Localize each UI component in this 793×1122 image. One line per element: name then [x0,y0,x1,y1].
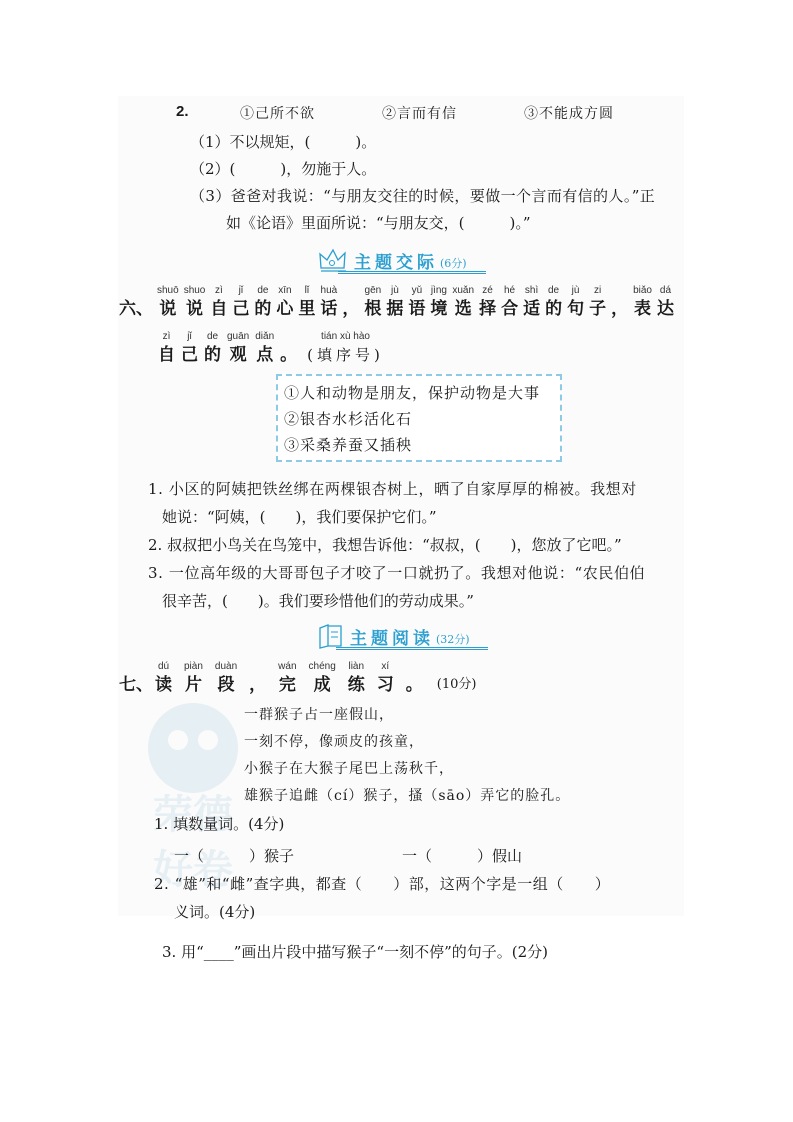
pinyin: piàn [184,660,203,674]
passage-line-4: 雄猴子追雌（cí）猴子，搔（sāo）弄它的脸孔。 [244,783,570,810]
hanzi: 自 [158,344,175,366]
section-number: 六、 [119,298,153,320]
option-2: ②言而有信 [382,103,457,123]
pinyin: xuǎn [452,284,474,298]
pinyin: jǐ [239,284,243,298]
s7-q1-blank-b: 一（ ）假山 [402,846,522,866]
option-box-3: ③采桑养蚕又插秧 [284,432,554,458]
s7-q2: 2. “雄”和“雌”查字典，都查（ ）部，这两个字是一组（ ） [154,874,610,894]
pinyin-char: duàn段 [215,660,237,696]
hanzi: 的 [254,298,271,320]
section-banner-reading: 主题阅读 (32分) [316,620,488,650]
pinyin: shì [525,284,538,298]
pinyin-char: gēn根 [364,284,381,320]
pinyin: guān [227,330,249,344]
pinyin-char: zi子 [589,284,606,320]
pinyin-char: lǐ里 [298,284,315,320]
hanzi: 段 [218,674,235,696]
pinyin: xí [381,660,389,674]
hanzi: 点 [256,344,273,366]
option-box-2: ②银杏水杉活化石 [284,406,554,432]
hanzi: 。 [406,674,423,696]
pinyin: zi [594,284,601,298]
pinyin-char: liàn练 [348,660,365,696]
pinyin: gēn [365,284,382,298]
section-banner-communication: 主题交际 (6分) [318,244,486,274]
pinyin: chéng [309,660,336,674]
options-box: ①人和动物是朋友，保护动物是大事 ②银杏水杉活化石 ③采桑养蚕又插秧 [276,374,562,462]
hanzi: ， [342,298,359,320]
pinyin-char: jǐ己 [232,284,249,320]
pinyin-char: 。 [280,330,297,366]
hanzi: 据 [386,298,403,320]
pinyin: shuō [157,284,179,298]
s6-question-3-cont: 很辛苦，( )。我们要珍惜他们的劳动成果。” [162,591,474,611]
hanzi: 的 [545,298,562,320]
s7-q3: 3. 用“____”画出片段中描写猴子“一刻不停”的句子。(2分) [162,942,548,962]
banner-underline [336,647,488,650]
pinyin-char: jù句 [567,284,584,320]
q2-item-1: （1）不以规矩，( )。 [190,132,376,152]
hanzi: ， [611,298,628,320]
option-3: ③不能成方圆 [524,103,614,123]
pinyin-char: xí习 [377,660,394,696]
hanzi: 观 [230,344,247,366]
pinyin: xīn [278,284,291,298]
pinyin: huà [321,284,338,298]
pinyin-char: biǎo表 [633,284,652,320]
pinyin: de [207,330,218,344]
s7-q1-blank-a: 一（ ）猴子 [174,846,294,866]
hanzi: 境 [430,298,447,320]
hanzi: 选 [455,298,472,320]
pinyin-char: jìng境 [430,284,447,320]
section-6-heading-line1: 六、 shuō说shuo说zì自jǐ己de的xīn心lǐ里huà话，gēn根jù… [119,284,679,320]
pinyin: jù [391,284,399,298]
pinyin-char: shuō说 [157,284,179,320]
s7-q1-label: 1. 填数量词。(4分) [154,814,284,834]
hanzi: 自 [210,298,227,320]
pinyin-char: zì自 [158,330,175,366]
q2-item-3: （3）爸爸对我说：“与朋友交往的时候，要做一个言而有信的人。”正 [190,186,655,206]
q2-item-2: （2）( )，勿施于人。 [190,159,376,179]
pinyin-char: shì适 [523,284,540,320]
pinyin-char: xuǎn选 [452,284,474,320]
pinyin-char: jǐ己 [181,330,198,366]
pinyin: zì [163,330,171,344]
pinyin: yǔ [412,284,423,298]
hanzi: 话 [320,298,337,320]
pinyin: de [257,284,268,298]
pinyin-char: ， [342,284,359,320]
section-6-heading-line2: zì自jǐ己de的guān观diǎn点。 tián xù hào (填序号) [158,330,384,366]
hanzi: 己 [181,344,198,366]
section-7-heading: 七、 dú读piàn片duàn段，wán完chéng成liàn练xí习。 (10… [119,660,476,696]
pinyin: duàn [215,660,237,674]
pinyin: biǎo [633,284,652,298]
s6-question-3: 3. 一位高年级的大哥哥包子才咬了一口就扔了。我想对他说：“农民伯伯 [148,563,645,583]
s6-question-1: 1. 小区的阿姨把铁丝绑在两棵银杏树上，晒了自家厚厚的棉被。我想对 [148,479,637,499]
pinyin: wán [278,660,296,674]
hanzi: 成 [314,674,331,696]
pinyin: dá [660,284,671,298]
pinyin-char: xīn心 [276,284,293,320]
pinyin: dú [158,660,169,674]
pinyin-char: wán完 [278,660,296,696]
passage-line-1: 一群猴子占一座假山， [244,702,394,729]
pinyin: diǎn [255,330,274,344]
pinyin-char: chéng成 [309,660,336,696]
section-score: (10分) [437,674,477,696]
pinyin-char: shuo说 [184,284,206,320]
pinyin-char: yǔ语 [408,284,425,320]
hanzi: 片 [185,674,202,696]
pinyin: shuo [184,284,206,298]
hanzi: 择 [479,298,496,320]
question-number: 2. [176,103,189,120]
s6-question-1-cont: 她说：“阿姨，( )，我们要保护它们。” [162,507,437,527]
pinyin-char: 。 [406,660,423,696]
pinyin: de [548,284,559,298]
hanzi: 完 [279,674,296,696]
pinyin-char: zé择 [479,284,496,320]
hanzi: 句 [567,298,584,320]
hanzi: 合 [501,298,518,320]
hanzi: 。 [280,344,297,366]
passage-line-3: 小猴子在大猴子尾巴上荡秋千， [244,756,454,783]
hanzi: 根 [364,298,381,320]
hanzi: 的 [204,344,221,366]
q2-item-3-cont: 如《论语》里面所说：“与朋友交，( )。” [226,213,531,233]
hanzi: 心 [276,298,293,320]
hanzi: 说 [186,298,203,320]
hanzi: 语 [408,298,425,320]
option-box-1: ①人和动物是朋友，保护动物是大事 [284,380,554,406]
hanzi: 适 [523,298,540,320]
pinyin: zì [215,284,223,298]
pinyin-char: dú读 [155,660,172,696]
hanzi: 己 [232,298,249,320]
pinyin-char: de的 [204,330,221,366]
hanzi: 达 [657,298,674,320]
s7-q2-cont: 义词。(4分) [174,902,255,922]
banner-underline [338,271,486,274]
open-book-icon [316,622,346,650]
pinyin: zé [482,284,493,298]
hanzi: 练 [348,674,365,696]
pinyin-char: jù据 [386,284,403,320]
section-number: 七、 [119,674,153,696]
pinyin-char: diǎn点 [255,330,274,366]
pinyin: lǐ [305,284,309,298]
pinyin: liàn [348,660,364,674]
hanzi: 里 [298,298,315,320]
option-1: ①己所不欲 [240,103,315,123]
hanzi: 说 [159,298,176,320]
crown-icon [318,246,350,274]
passage-line-2: 一刻不停，像顽皮的孩童， [244,729,424,756]
pinyin-char: de的 [254,284,271,320]
pinyin-char: hé合 [501,284,518,320]
pinyin-char: zì自 [210,284,227,320]
pinyin-char: piàn片 [184,660,203,696]
s6-question-2: 2. 叔叔把小鸟关在鸟笼中，我想告诉他：“叔叔，( )，您放了它吧。” [148,535,622,555]
hanzi: 子 [589,298,606,320]
hanzi: ， [249,674,266,696]
pinyin-char: guān观 [227,330,249,366]
hanzi: 习 [377,674,394,696]
fill-number-hint: tián xù hào (填序号) [307,330,384,366]
pinyin: jǐ [187,330,191,344]
pinyin: jù [572,284,580,298]
pinyin: hé [504,284,515,298]
hanzi: 表 [634,298,651,320]
pinyin-char: dá达 [657,284,674,320]
pinyin-char: ， [611,284,628,320]
pinyin: jìng [431,284,447,298]
pinyin-char: ， [249,660,266,696]
hanzi: 读 [155,674,172,696]
pinyin-char: de的 [545,284,562,320]
pinyin-char: huà话 [320,284,337,320]
